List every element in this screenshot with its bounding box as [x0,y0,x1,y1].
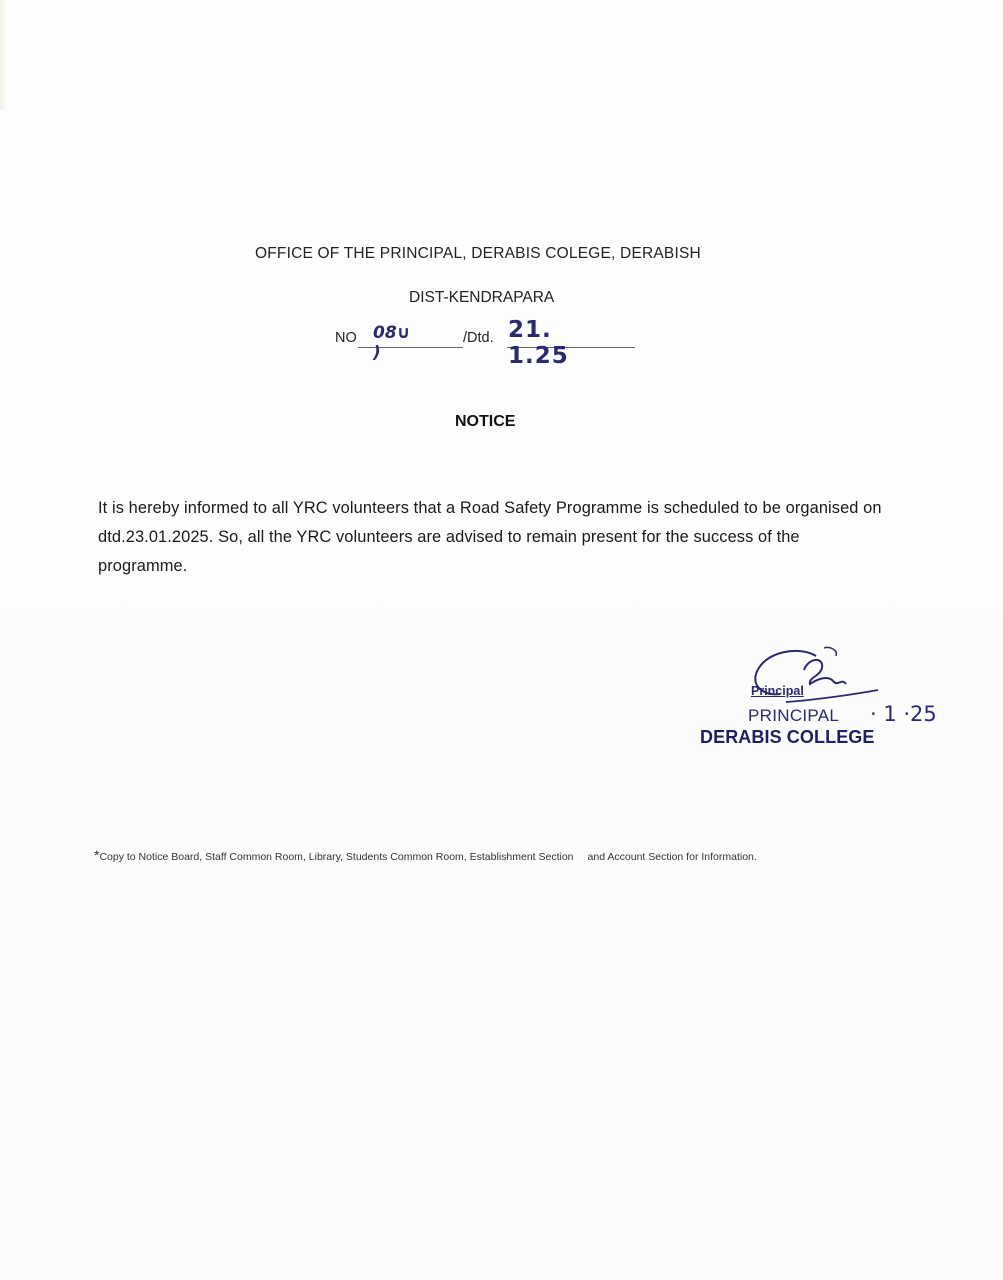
signed-label: Principal [751,684,804,698]
notice-page: OFFICE OF THE PRINCIPAL, DERABIS COLEGE,… [0,0,1003,1280]
copy-to-footnote: *Copy to Notice Board, Staff Common Room… [94,848,854,866]
notice-body: It is hereby informed to all YRC volunte… [98,494,888,581]
district-header: DIST-KENDRAPARA [409,289,554,307]
date-label: /Dtd. [463,330,494,346]
footnote-part2: and Account Section for Information. [588,851,757,863]
footnote-part1: Copy to Notice Board, Staff Common Room,… [99,851,573,863]
stamp-handwritten-date: · 1 ·25 [870,702,937,726]
office-header: OFFICE OF THE PRINCIPAL, DERABIS COLEGE,… [255,245,701,263]
footnote-marker: * [94,847,99,863]
notice-title: NOTICE [455,413,515,431]
handwritten-date: 21. 1.25 [508,317,569,369]
handwritten-number: 08∪ ) [373,323,410,363]
signature-block: Principal PRINCIPAL · 1 ·25 DERABIS COLL… [700,640,970,770]
stamp-college-name: DERABIS COLLEGE [700,727,875,748]
signature-scribble-icon [746,644,886,708]
number-label: NO [335,330,357,346]
stamp-title: PRINCIPAL [748,706,839,726]
paper-edge-shadow [0,0,6,110]
